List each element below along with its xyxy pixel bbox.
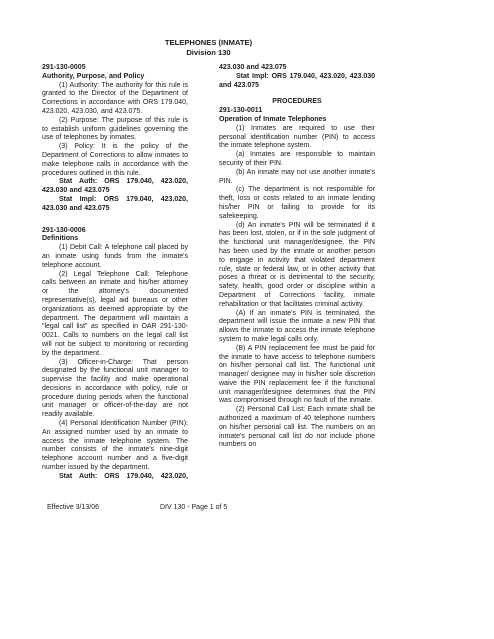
footer-page-number: DIV 130 - Page 1 of 5 [160,503,227,512]
doc-stat: Stat Impl: ORS 179.040, 423.020, 423.030… [219,73,375,91]
doc-para: (d) An inmate's PIN will be terminated i… [219,222,375,310]
doc-rule-number: 291-130-0006 [42,227,188,236]
footer-effective-date: Effective 3/13/06 [47,504,99,511]
doc-para: (1) Inmates are required to use their pe… [219,125,375,151]
doc-para: (b) An inmate may not use another inmate… [219,169,375,187]
paragraph-spacer [219,90,375,98]
doc-para: (1) Authority: The authority for this ru… [42,82,188,117]
doc-para: (4) Personal Identification Number (PIN)… [42,420,188,473]
italic-text: do not [305,433,326,440]
doc-para: (A) If an inmate's PIN is terminated, th… [219,310,375,345]
doc-para: (3) Officer-in-Charge: That person desig… [42,359,188,421]
doc-para: (c) The department is not responsible fo… [219,186,375,221]
doc-stat: Stat Impl: ORS 179.040, 423.020, 423.030… [42,196,188,214]
doc-para: (B) A PIN replacement fee must be paid f… [219,345,375,407]
doc-rule-number: 291-130-0011 [219,107,375,116]
document-page: TELEPHONES (INMATE) Division 130 291-130… [0,0,494,639]
doc-proc-heading: PROCEDURES [219,98,375,107]
left-column: 291-130-0005Authority, Purpose, and Poli… [42,64,188,482]
document-title: TELEPHONES (INMATE) [42,38,375,48]
doc-para: (2) Personal Call List: Each inmate shal… [219,406,375,450]
paragraph-spacer [42,214,188,227]
doc-rule-title: Operation of Inmate Telephones [219,116,375,125]
doc-para: (3) Policy: It is the policy of the Depa… [42,143,188,178]
doc-para: (a) Inmates are responsible to maintain … [219,151,375,169]
document-footer: Effective 3/13/06 DIV 130 - Page 1 of 5 [47,503,380,512]
doc-stat-cont: 423.030 and 423.075 [219,64,375,73]
doc-rule-title: Authority, Purpose, and Policy [42,73,188,82]
document-body: 291-130-0005Authority, Purpose, and Poli… [42,64,375,482]
doc-stat: Stat Auth: ORS 179.040, 423.020, 423.030… [42,178,188,196]
doc-rule-number: 291-130-0005 [42,64,188,73]
doc-para: (2) Purpose: The purpose of this rule is… [42,117,188,143]
right-column: 423.030 and 423.075Stat Impl: ORS 179.04… [219,64,375,482]
doc-para: (1) Debit Call: A telephone call placed … [42,244,188,270]
document-subtitle: Division 130 [42,48,375,58]
doc-rule-title: Definitions [42,235,188,244]
doc-para: (2) Legal Telephone Call: Telephone call… [42,271,188,359]
doc-stat-open: Stat Auth: ORS 179.040, 423.020, [42,473,188,482]
document-header: TELEPHONES (INMATE) Division 130 [42,38,375,57]
